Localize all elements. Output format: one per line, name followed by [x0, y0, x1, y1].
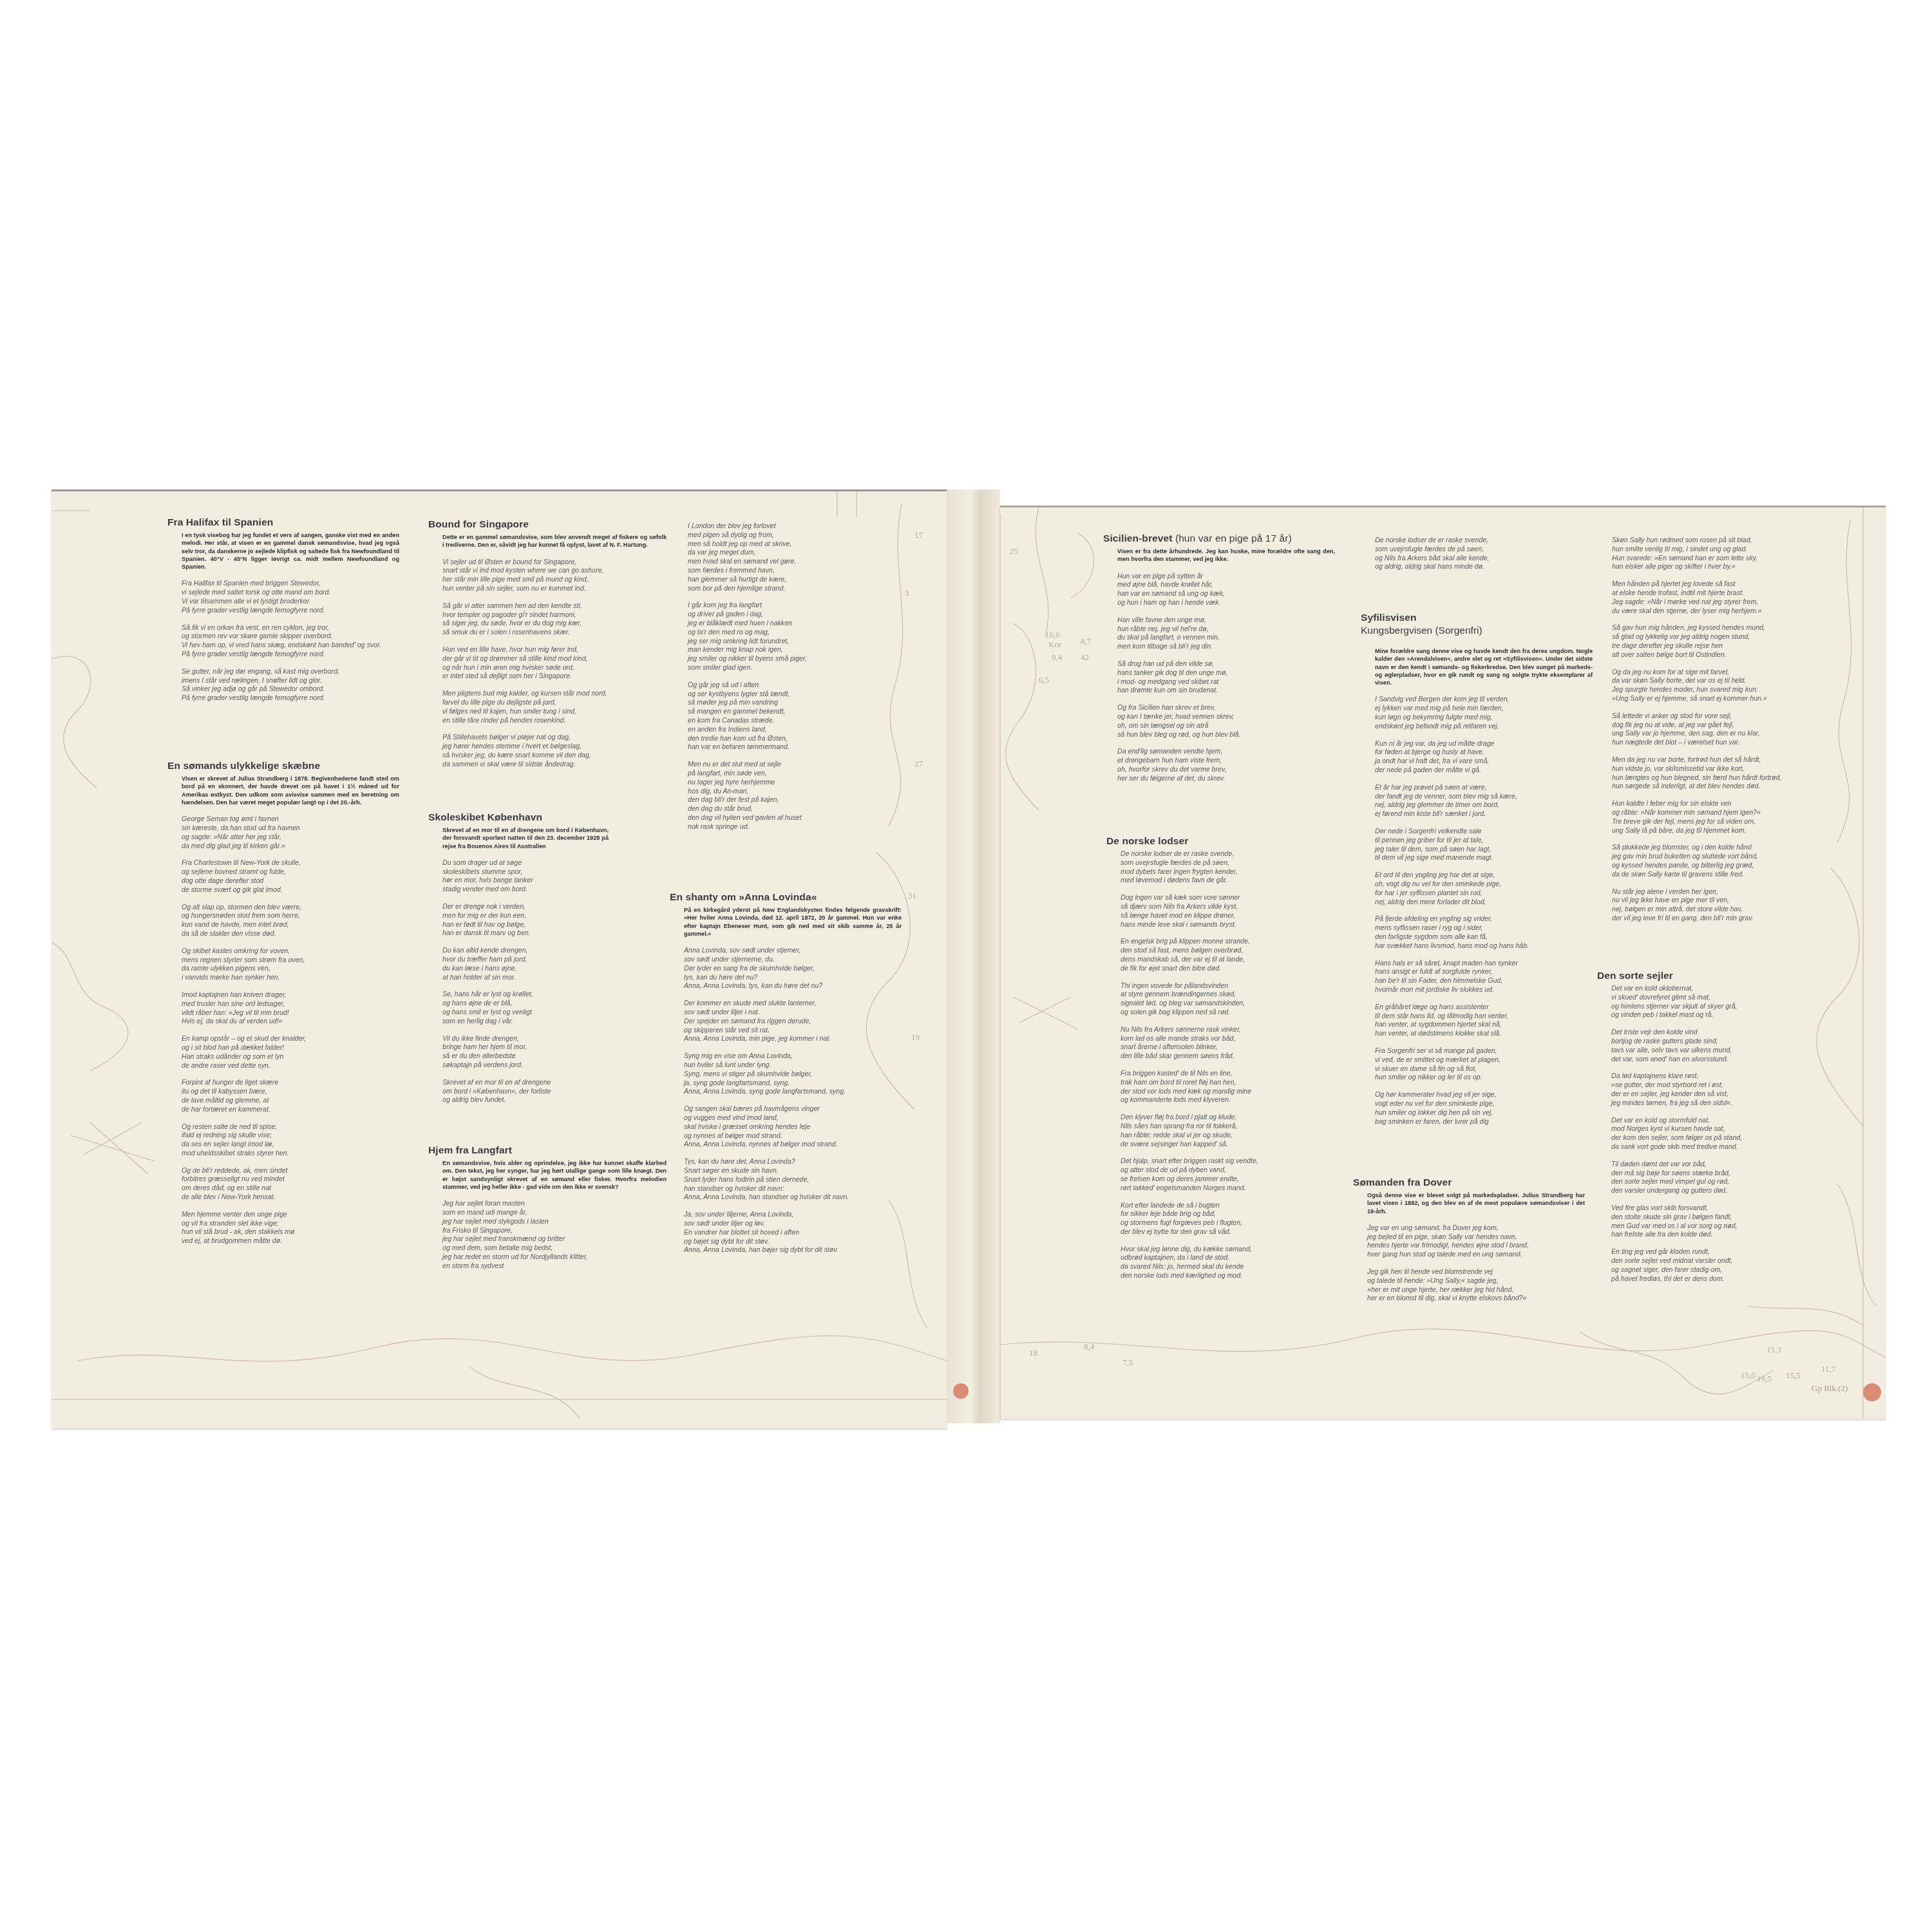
stanza: Syng mig en vise om Anna Lovinda, hun hv… [684, 1052, 902, 1097]
stanza: Så gav hun mig hånden, jeg kyssed hendes… [1612, 624, 1844, 659]
song-de-norske-lodser: De norske lodser De norske lodser de er … [1106, 836, 1338, 1289]
stanza: Og skibet kastes omkring for voven, mens… [182, 947, 399, 983]
song-intro: I en tysk visebog har jeg fundet et vers… [182, 531, 399, 571]
depth-sounding: 8,4 [1084, 1341, 1094, 1352]
stanza: Så plukkede jeg blomster, og i den kolde… [1612, 844, 1844, 879]
song-somanden-fra-dover: Sømanden fra Dover Også denne vise er bl… [1353, 1177, 1585, 1312]
stanza: I går kom jeg fra langfart og driver på … [688, 601, 907, 672]
stanza: Det triste vejr den kolde vind bortjog d… [1611, 1028, 1835, 1064]
depth-sounding: 42 [1081, 652, 1089, 663]
stanza: Der er drenge nok i verden, men for mig … [442, 903, 667, 938]
stanza: Men hånden på hjertet jeg lovede så fast… [1612, 580, 1844, 616]
song-intro: På en kirkegård yderst på New Englandsky… [684, 906, 902, 938]
stanza: Dog ingen var så kæk som vore sønner så … [1121, 894, 1338, 929]
stanza: Han ville favne den unge mø, hun råbte n… [1117, 616, 1335, 652]
song-title: En shanty om »Anna Lovinda« [670, 892, 902, 904]
stanza: De norske lodser de er raske svende, som… [1375, 536, 1593, 572]
song-en-shanty-om-anna-lovinda: En shanty om »Anna Lovinda« På en kirkeg… [670, 892, 902, 1264]
stanza: Kort efter landede de så i bugten for si… [1121, 1202, 1338, 1237]
stanza: Og går jeg så ud i aften og ser kystbyen… [688, 681, 907, 752]
stanza: I London der blev jeg forlovet med pigen… [688, 522, 907, 593]
stanza: Anna Lovinda, sov sødt under stjerner, s… [684, 947, 902, 991]
song-title: Bound for Singapore [428, 519, 667, 531]
song-title: De norske lodser [1106, 836, 1338, 848]
stanza: Et år har jeg prøvet på søen at være, de… [1375, 784, 1593, 819]
song-bound-for-singapore: Bound for Singapore Dette er en gammel s… [428, 519, 667, 778]
stanza: Hun kaldte i feber mig for sin elskte ve… [1612, 800, 1844, 835]
stanza: Fra Charlestown til New-York de skulle, … [182, 859, 399, 895]
song-intro: Mine forældre sang denne vise og havde k… [1375, 647, 1593, 687]
left-inner-page: Fra Halifax til Spanien I en tysk visebo… [52, 489, 947, 1428]
stanza: Se, hans hår er lyst og krøllet, og hans… [442, 990, 667, 1026]
stanza: Og fra Sicilien han skrev et brev, og ka… [1117, 704, 1335, 739]
depth-sounding: 15,3 [1766, 1345, 1781, 1355]
stanza: En ting jeg ved går kloden rundt, den so… [1611, 1248, 1835, 1283]
song-de-norske-lodser-continued: De norske lodser de er raske svende, som… [1361, 536, 1593, 580]
red-circle-marker-icon [1863, 1383, 1881, 1401]
stanza: Og alt slap op, stormen den blev værre, … [182, 904, 399, 939]
stanza: De norske lodser de er raske svende, som… [1121, 850, 1338, 885]
stanza: Da end'lig sømanden vendte hjem, et dren… [1117, 748, 1335, 783]
stanza: På Stillehavets bølger vi pløjer nat og … [442, 734, 667, 769]
stanza: En kamp opstår – og et skud der knalder,… [182, 1035, 399, 1070]
song-title-suffix: (hun var en pige på 17 år) [1175, 533, 1292, 544]
depth-sounding: 19,5 [1757, 1374, 1772, 1384]
stanza: Vil du ikke finde drengen, bringe ham he… [442, 1035, 667, 1070]
stanza: Kun ni år jeg var, da jeg ud måtte drage… [1375, 740, 1593, 775]
stanza: På fjerde afdeling en yngling sig vrider… [1375, 915, 1593, 951]
stanza: Du kan altid kende drengen, hvor du træf… [442, 947, 667, 982]
song-title: Skoleskibet København [428, 812, 667, 824]
song-intro: Visen er skrevet af Julius Strandberg i … [182, 775, 399, 806]
stanza: En engelsk brig på klippen monne strande… [1121, 938, 1338, 973]
stanza: Ved fire glas vort skib forsvandt, den s… [1611, 1204, 1835, 1240]
stanza: En gråhåret læge og hans assistenter til… [1375, 1003, 1593, 1039]
depth-sounding: Kor [1048, 639, 1061, 650]
stanza: Fra Sorgenfri ser vi så mange på gaden, … [1375, 1047, 1593, 1083]
depth-sounding: 8,7 [1081, 636, 1091, 647]
song-title: Hjem fra Langfart [428, 1145, 667, 1157]
stanza: Da lød kaptajnens klare røst, »se gutter… [1611, 1072, 1835, 1108]
song-somanden-fra-dover-continued: Skøn Sally hun rødmed som rosen på sit b… [1612, 536, 1844, 932]
depth-sounding: 17 [914, 530, 923, 540]
stanza: Så drog han ud på den vilde sø, hans tan… [1117, 660, 1335, 696]
song-hjem-fra-langfart: Hjem fra Langfart En sømandsvise, hvis a… [428, 1145, 667, 1280]
depth-sounding: 6,5 [1039, 675, 1049, 685]
depth-sounding: 9,4 [1052, 652, 1062, 663]
stanza: Det hjalp, snart efter briggen raskt sig… [1121, 1157, 1338, 1193]
stanza: Og de bli'r reddede, ak, men sindet forb… [182, 1167, 399, 1202]
song-intro: Dette er en gammel sømandsvise, som blev… [442, 533, 667, 549]
stanza: Hvor skal jeg lønne dig, du kække sømand… [1121, 1245, 1338, 1281]
stanza: Skøn Sally hun rødmed som rosen på sit b… [1612, 536, 1844, 572]
song-sicilien-brevet: Sicilien-brevet (hun var en pige på 17 å… [1103, 533, 1335, 792]
song-fra-halifax-til-spanien: Fra Halifax til Spanien I en tysk visebo… [167, 517, 399, 712]
stanza: Du som drager ud at søge skoleskibets st… [442, 859, 667, 895]
depth-sounding: 27 [914, 759, 923, 769]
depth-sounding: 15,0 [1741, 1370, 1756, 1381]
song-intro: Visen er fra dette århundrede. Jeg kan h… [1117, 547, 1335, 563]
stanza: Men da jeg nu var borte, fortrød hun det… [1612, 756, 1844, 791]
stanza: Et ord til den yngling jeg har det at si… [1375, 871, 1593, 907]
stanza: Hun var en pige på sytten år med øjne bl… [1117, 573, 1335, 608]
song-title: Sicilien-brevet (hun var en pige på 17 å… [1103, 533, 1335, 545]
stanza: Nu Nils fra Arkers sønnerne rask vinker,… [1121, 1026, 1338, 1061]
song-skoleskibet-kobenhavn: Skoleskibet København Skrevet af en mor … [428, 812, 667, 1113]
stanza: I Sandvig ved Bergen der kom jeg til ver… [1375, 696, 1593, 731]
song-den-sorte-sejler: Den sorte sejler Det var en kold oktober… [1597, 971, 1835, 1292]
right-inner-page: Sicilien-brevet (hun var en pige på 17 å… [1000, 506, 1886, 1419]
stanza: Vi sejler ud til Østen er bound for Sing… [442, 558, 667, 594]
song-title: En sømands ulykkelige skæbne [167, 761, 399, 772]
stanza: Jeg gik hen til hende ved blomstrende ve… [1367, 1268, 1585, 1303]
stanza: Men pligtens bud mig kalder, og kursen s… [442, 690, 667, 725]
stanza: Den klyver fløj fra bord i pjalt og klud… [1121, 1113, 1338, 1149]
stanza: Og hør kammerater hvad jeg vil jer sige,… [1375, 1091, 1593, 1126]
stanza: Så går vi atter sammen hen ad den kendte… [442, 602, 667, 638]
chart-label-gp-blk: Gp Blk.(2) [1812, 1383, 1848, 1394]
stanza: Men nu er det slut med at sejle på langf… [688, 761, 907, 831]
red-circle-marker-icon [953, 1383, 969, 1399]
song-title: Den sorte sejler [1597, 971, 1835, 982]
song-syfilisvisen: Syfilisvisen Kungsbergvisen (Sorgenfri) … [1361, 612, 1593, 1135]
song-intro: Skrevet af en mor til en af drengene om … [442, 826, 609, 850]
sleeve-spine-fold [947, 489, 1000, 1423]
stanza: Det var en kold og stormfuld nat, mod No… [1611, 1117, 1835, 1152]
stanza: Men hjemme venter den unge pige og vil f… [182, 1211, 399, 1246]
stanza: Og da jeg nu kom for at sige mit farvel,… [1612, 668, 1844, 704]
song-intro: Også denne vise er blevet solgt på marke… [1367, 1191, 1585, 1215]
stanza: Der nede i Sorgenfri velkendte sale til … [1375, 828, 1593, 863]
stanza: Nu står jeg alene i verden her igen, nu … [1612, 888, 1844, 923]
stanza: George Seman tog ømt i favnen sin kærest… [182, 815, 399, 851]
depth-sounding: 15,5 [1786, 1370, 1801, 1381]
stanza: Skrevet af en mor til en af drengene om … [442, 1079, 667, 1105]
stanza: Fra briggen kasted' de til Nils en line,… [1121, 1070, 1338, 1105]
stanza: Og resten salte de ned til spise, ifald … [182, 1123, 399, 1159]
song-hjem-fra-langfart-continued: I London der blev jeg forlovet med pigen… [688, 522, 907, 840]
stanza: Jeg har sejlet foran masten som en mand … [442, 1200, 667, 1271]
stanza: Forpint af hunger de liget skære itu og … [182, 1079, 399, 1114]
depth-sounding: 19 [911, 1032, 920, 1043]
stanza: Imod kaptajnen han kniven drager, med tr… [182, 991, 399, 1027]
depth-sounding: 31 [908, 891, 916, 901]
depth-sounding: 10,6 [1045, 630, 1060, 640]
stanza: Thi ingen vovede for pålandsvinden at st… [1121, 982, 1338, 1018]
depth-sounding: 18 [1029, 1348, 1037, 1358]
song-intro: En sømandsvise, hvis alder og oprindelse… [442, 1159, 667, 1191]
song-title: Sømanden fra Dover [1353, 1177, 1585, 1189]
depth-sounding: 11,7 [1821, 1364, 1835, 1374]
song-en-somands-ulykkelige-skaebne: En sømands ulykkelige skæbne Visen er sk… [167, 761, 399, 1255]
stanza: Hans hals er så såret, knapt maden han s… [1375, 960, 1593, 995]
stanza: Fra Halifax til Spanien med briggen Stew… [182, 580, 399, 615]
song-title-main: Sicilien-brevet [1103, 533, 1172, 544]
stanza: Der kommer en skude med slukte lanterner… [684, 999, 902, 1044]
song-title: Fra Halifax til Spanien [167, 517, 399, 529]
depth-sounding: 3 [905, 588, 909, 598]
stanza: Tys, kan du høre det, Anna Lovinda? Snar… [684, 1158, 902, 1202]
stanza: Se gutter, når jeg dør engang, så kast m… [182, 668, 399, 703]
stanza: Jeg var en ung sømand, fra Dover jeg kom… [1367, 1224, 1585, 1260]
depth-sounding: 7,5 [1122, 1358, 1133, 1368]
stanza: Og sangen skal bæres på havmågens vinger… [684, 1105, 902, 1150]
stanza: Så fik vi en orkan fra vest, en ren cykl… [182, 624, 399, 659]
depth-sounding: 25 [1010, 546, 1018, 556]
song-subtitle: Kungsbergvisen (Sorgenfri) [1361, 625, 1593, 637]
stanza: Hun ved en lille have, hvor hun mig føre… [442, 646, 667, 681]
stanza: Ja, sov under liljerne, Anna Lovinda, so… [684, 1211, 902, 1255]
stanza: Så lettede vi anker og stod for vore sej… [1612, 712, 1844, 748]
stanza: Til døden dømt det var vor båd, den må s… [1611, 1160, 1835, 1196]
stanza: Det var en kold oktobernat, vi skued' do… [1611, 985, 1835, 1020]
song-title: Syfilisvisen [1361, 612, 1593, 624]
